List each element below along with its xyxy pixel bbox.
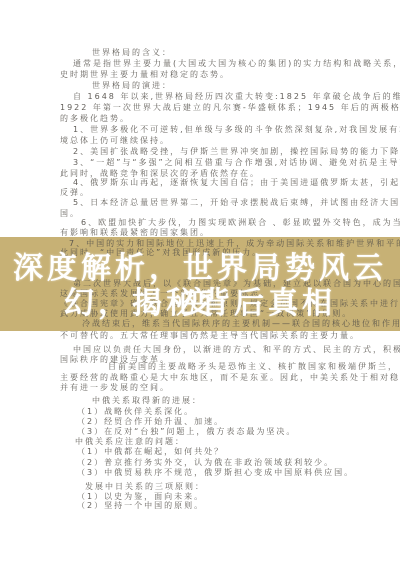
scan-line: 6、欧盟加快扩大步伐，力图实现欧洲联合 、彰显欧盟外交特色，成为当今世界最 xyxy=(81,219,400,227)
scan-line: 反弹。 xyxy=(60,189,90,197)
scan-line: 通常是指世界主要力量(大国或大国为核心的集团)的实力结构和战略关系，是较长历 xyxy=(73,60,400,68)
scan-line: 1、世界多极化不可逆转,但单级与多级的斗争依然深刻复杂,对我国发展有利的国际环 xyxy=(73,126,400,134)
scan-line: 自 1648 年以来,世界格局经历四次重大转变:1825 年拿破仑战争后的维也纳… xyxy=(73,93,400,101)
overlay-title-line2: 幻，揭秘背后真相 xyxy=(0,286,400,321)
scan-line: （2）普京推行务实外交，认为俄在非政治领域获利较少。 xyxy=(77,459,334,467)
scan-line: 3、“一超”与“多强”之间相互借重与合作增强,对话协调、避免对抗是主导方面。与 xyxy=(73,159,400,167)
scan-line: （1）以史为鉴，面向未来。 xyxy=(77,493,204,501)
scan-line: 4、俄罗斯东山再起，逐渐恢复大国自信；由于美国进逼俄罗斯太甚，引起俄罗斯强烈 xyxy=(73,179,400,187)
scan-line: 境总体上仍可继续保持。 xyxy=(60,137,170,145)
scan-line: （1）中俄都在崛起，如何共处？ xyxy=(77,448,224,456)
overlay-title: 深度解析，世界局势风云变 幻，揭秘背后真相 xyxy=(0,251,400,321)
scan-line: （1）战略伙伴关系深化。 xyxy=(77,408,194,416)
scan-line: 世界格局的含义： xyxy=(92,49,172,57)
scan-line: 并有进一步发展的空间。 xyxy=(60,384,170,392)
scan-line: 此同时，战略竞争和深层次的矛盾依然存在。 xyxy=(60,170,260,178)
overlay-title-line1: 深度解析，世界局势风云变 xyxy=(0,251,400,286)
scan-line: 1922 年第一次世界大战后建立的凡尔赛-华盛顿体系；1945 年后的两极格局；… xyxy=(60,104,400,112)
scan-line: 史时期世界主要力量相对稳定的态势。 xyxy=(60,71,230,79)
scan-line: 世界格局的演进： xyxy=(92,82,172,90)
scan-line: 国。 xyxy=(60,210,80,218)
scan-line: 主要经营的战略重心是大中东地区，而不是东亚。因此，中美关系处于相对稳定的状态， xyxy=(60,374,400,382)
scan-line: 的多极化趋势。 xyxy=(60,115,130,123)
scan-line: 中俄关系取得新的进展： xyxy=(92,397,202,405)
scan-line: 2、美国扩张战略受挫，与伊斯兰世界冲突加剧，操控国际局势的能力下降。 xyxy=(73,148,400,156)
scan-line: （2）经贸合作开始升温、加速。 xyxy=(77,418,224,426)
scan-line: 5、日本经济总量居世界第二，开始寻求摆脱战后束缚，并试图由经济大国走向政治大 xyxy=(73,199,400,207)
screenshot-root: 世界格局的含义：通常是指世界主要力量(大国或大国为核心的集团)的实力结构和战略关… xyxy=(0,0,400,566)
scan-line: 中国应以负责任大国身份，以渐进的方式、和平的方式、民主的方式，积极参与当代 xyxy=(73,346,400,354)
scan-line: 目前美国的主要战略矛头是恐怖主义、核扩散国家和极端伊斯兰， 其 xyxy=(108,363,400,371)
scan-line: 7、中国的实力和国际地位上迅速上升，成为牵动国际关系和维护世界和平的重要因素，与 xyxy=(69,240,400,248)
scan-line: 中俄关系应注意的问题： xyxy=(75,438,185,446)
scan-line: （3）在反对“台独”问题上，俄方表态最为坚决。 xyxy=(77,428,296,436)
scan-line: （2）坚持一个中国的原则。 xyxy=(77,502,204,510)
scan-line: 发展中日关系的三项原则： xyxy=(85,483,205,491)
scan-line: 冷战结束后，维系当代国际秩序的主要机制——联合国的核心地位和作用仍然是 xyxy=(82,320,400,328)
scan-line: 不可替代的。五大常任理事国仍然是主导当代国际关系的主要力量。 xyxy=(60,332,360,340)
scan-line: （3）中俄贸易秩序不规范，俄罗斯担心变成中国原料供应国。 xyxy=(77,469,354,477)
scan-line: 有影响和联系最紧密的国家集团。 xyxy=(60,229,210,237)
